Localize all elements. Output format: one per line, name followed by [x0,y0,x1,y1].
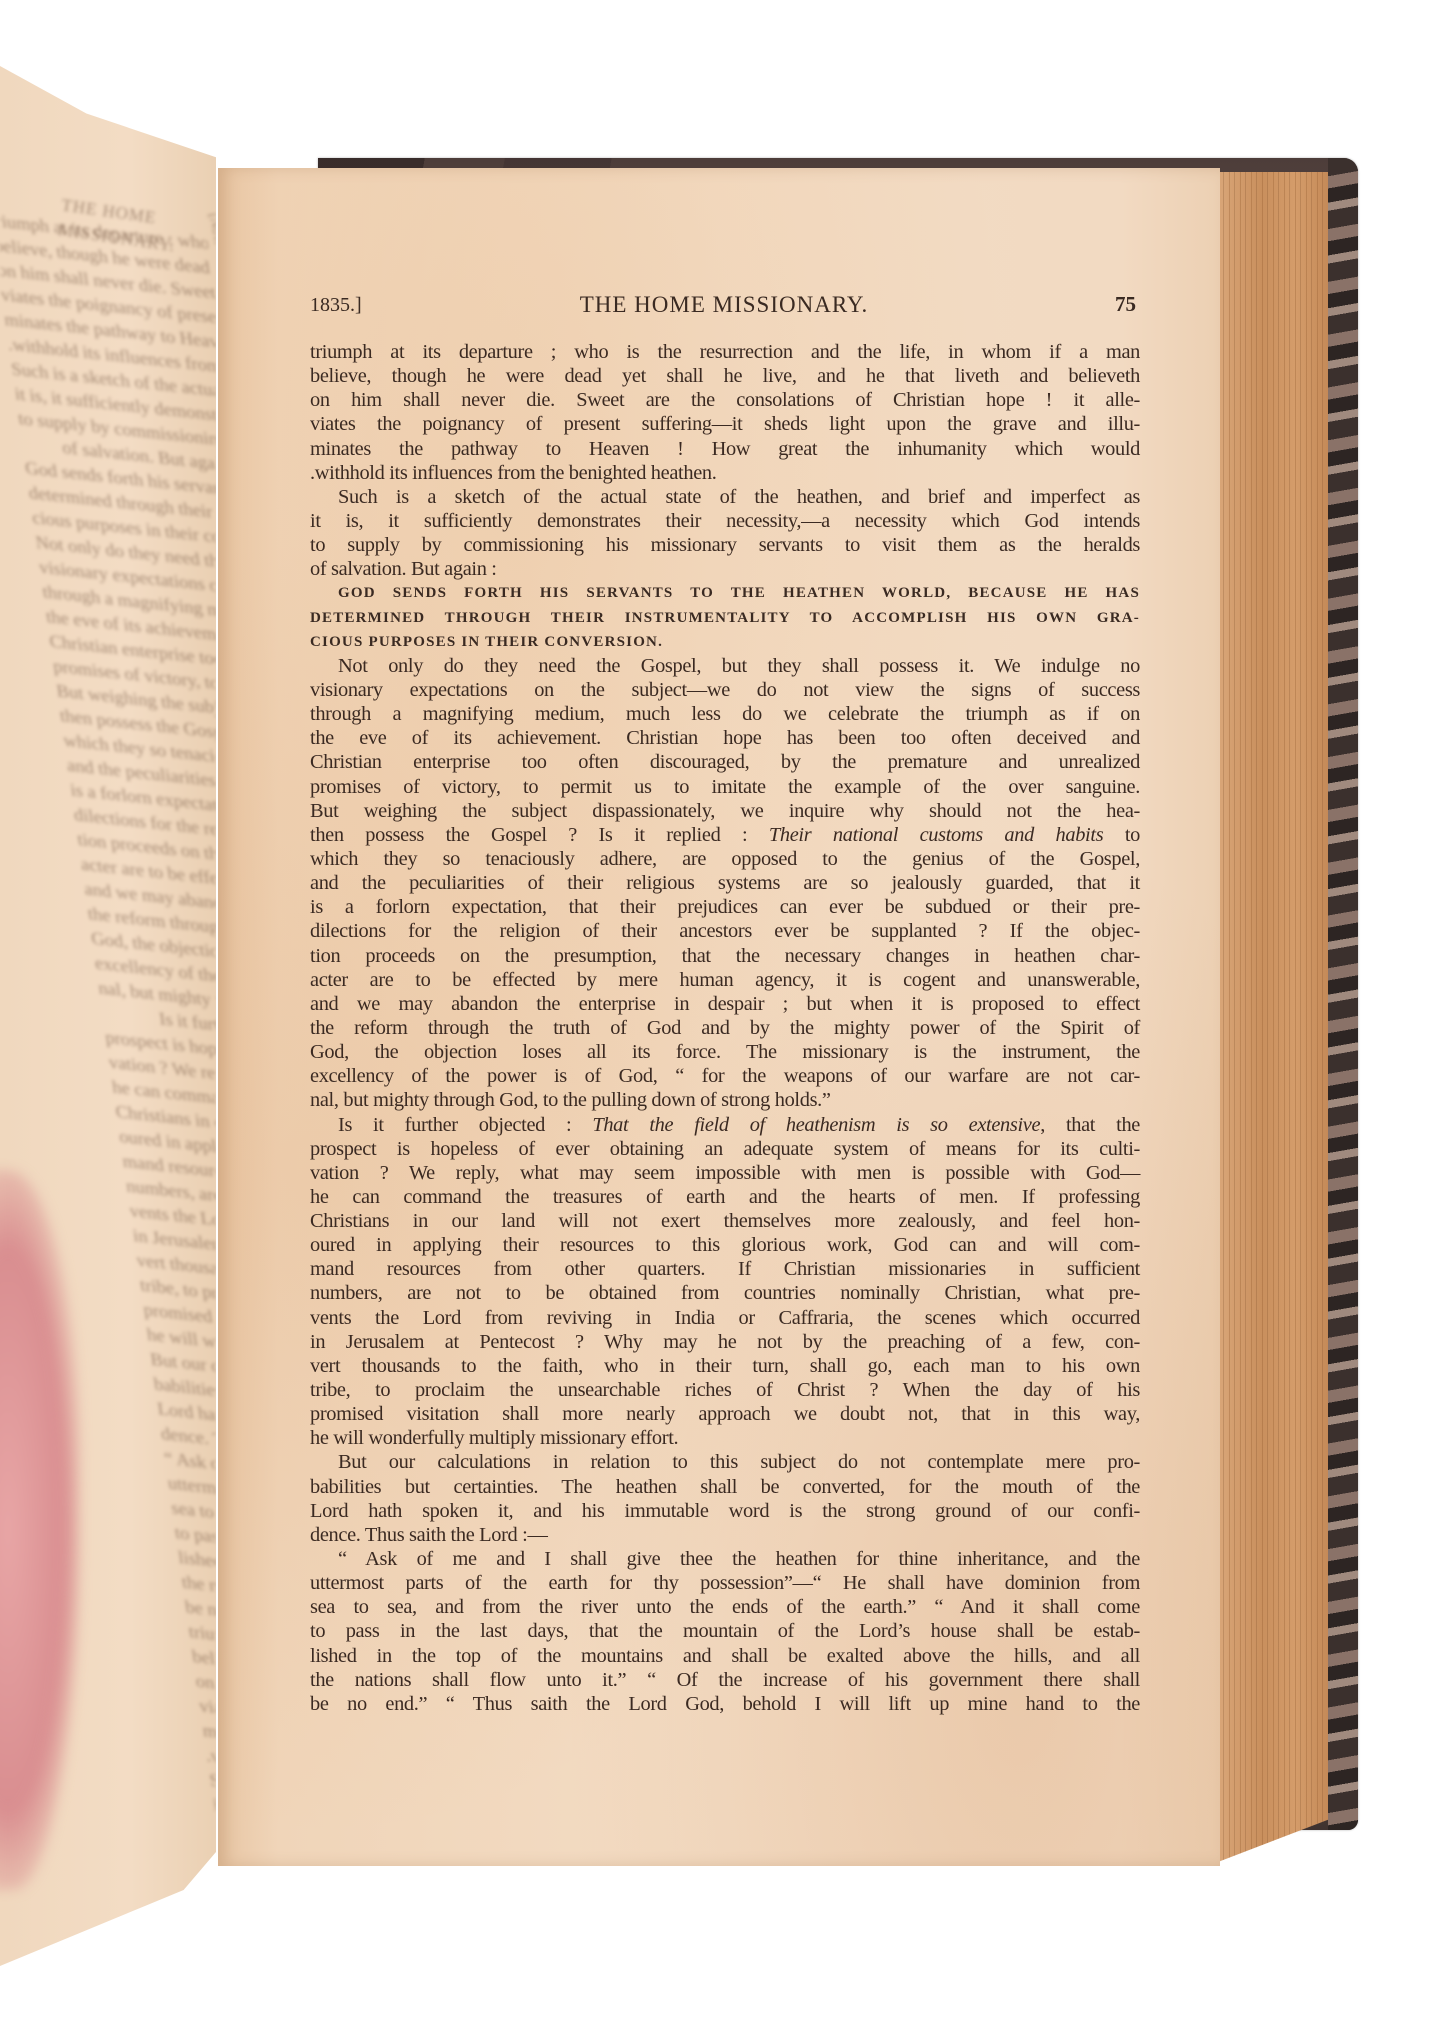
text-line: promises of victory, to permit us to imi… [310,775,1140,799]
text-line: promised visitation shall more nearly ap… [310,1402,1140,1426]
running-head-title: THE HOME MISSIONARY. [310,292,1138,318]
left-page-line: it is, it sufficiently demonstrates thei… [211,1793,216,1841]
text-line: Such is a sketch of the actual state of … [310,485,1140,509]
text-line: tion proceeds on the presumption, that t… [310,944,1140,968]
text-line: babilities but certainties. The heathen … [310,1475,1140,1499]
text-line: Lord hath spoken it, and his immutable w… [310,1499,1140,1523]
text-line: Christians in our land will not exert th… [310,1209,1140,1233]
text-line: to supply by commissioning his missionar… [310,533,1140,557]
text-line: to pass in the last days, that the mount… [310,1619,1140,1643]
text-line: he can command the treasures of earth an… [310,1185,1140,1209]
running-head: 1835.] THE HOME MISSIONARY. 75 [310,292,1138,322]
text-line: acter are to be effected by mere human a… [310,968,1140,992]
text-line: triumph at its departure ; who is the re… [310,340,1140,364]
text-line: prospect is hopeless of ever obtaining a… [310,1137,1140,1161]
text-line: through a magnifying medium, much less d… [310,702,1140,726]
text-line: minates the pathway to Heaven ! How grea… [310,437,1140,461]
page-body-text: triumph at its departure ; who is the re… [310,340,1140,1716]
text-line: tribe, to proclaim the unsearchable rich… [310,1378,1140,1402]
text-line: viates the poignancy of present sufferin… [310,412,1140,436]
text-line: the eve of its achievement. Christian ho… [310,726,1140,750]
page-fore-edge [1218,172,1328,1862]
text-line: believe, though he were dead yet shall h… [310,364,1140,388]
text-line: Christian enterprise too often discourag… [310,750,1140,774]
text-line: of salvation. But again : [310,557,1140,581]
text-line: God, the objection loses all its force. … [310,1040,1140,1064]
text-line: the reform through the truth of God and … [310,1016,1140,1040]
text-line: nal, but mighty through God, to the pull… [310,1088,1140,1112]
italic-phrase: That the field of heathenism is so exten… [592,1114,1040,1136]
text-line: the nations shall flow unto it.” “ Of th… [310,1668,1140,1692]
text-line: mand resources from other quarters. If C… [310,1257,1140,1281]
text-line: “ Ask of me and I shall give thee the he… [310,1547,1140,1571]
text-line: numbers, are not to be obtained from cou… [310,1281,1140,1305]
text-line: Not only do they need the Gospel, but th… [310,654,1140,678]
text-line: CIOUS PURPOSES IN THEIR CONVERSION. [310,630,1140,654]
text-line: and the peculiarities of their religious… [310,871,1140,895]
text-line: sea to sea, and from the river unto the … [310,1595,1140,1619]
text-line: it is, it sufficiently demonstrates thei… [310,509,1140,533]
left-page-line: to supply by commissioning his missionar… [215,1817,216,1865]
text-line: GOD SENDS FORTH HIS SERVANTS TO THE HEAT… [310,581,1140,605]
page-number: 75 [1115,292,1136,317]
text-line: excellency of the power is of God, “ for… [310,1064,1140,1088]
text-line: Is it further objected : That the field … [310,1113,1140,1137]
text-line: But our calculations in relation to this… [310,1450,1140,1474]
text-line: DETERMINED THROUGH THEIR INSTRUMENTALITY… [310,606,1140,630]
text-line: be no end.” “ Thus saith the Lord God, b… [310,1692,1140,1716]
text-line: which they so tenaciously adhere, are op… [310,847,1140,871]
text-line: in Jerusalem at Pentecost ? Why may he n… [310,1330,1140,1354]
text-line: he will wonderfully multiply missionary … [310,1426,1140,1450]
text-line: oured in applying their resources to thi… [310,1233,1140,1257]
italic-phrase: Their national customs and habits [769,824,1103,846]
text-line: then possess the Gospel ? Is it replied … [310,823,1140,847]
text-line: is a forlorn expectation, that their pre… [310,895,1140,919]
text-line: .withhold its influences from the benigh… [310,461,1140,485]
text-line: on him shall never die. Sweet are the co… [310,388,1140,412]
text-line: dence. Thus saith the Lord :— [310,1523,1140,1547]
text-line: visionary expectations on the subject—we… [310,678,1140,702]
text-line: vents the Lord from reviving in India or… [310,1306,1140,1330]
text-line: vation ? We reply, what may seem impossi… [310,1161,1140,1185]
text-line: and we may abandon the enterprise in des… [310,992,1140,1016]
text-line: uttermost parts of the earth for thy pos… [310,1571,1140,1595]
text-line: But weighing the subject dispassionately… [310,799,1140,823]
text-line: dilections for the religion of their anc… [310,919,1140,943]
text-line: vert thousands to the faith, who in thei… [310,1354,1140,1378]
text-line: lished in the top of the mountains and s… [310,1644,1140,1668]
